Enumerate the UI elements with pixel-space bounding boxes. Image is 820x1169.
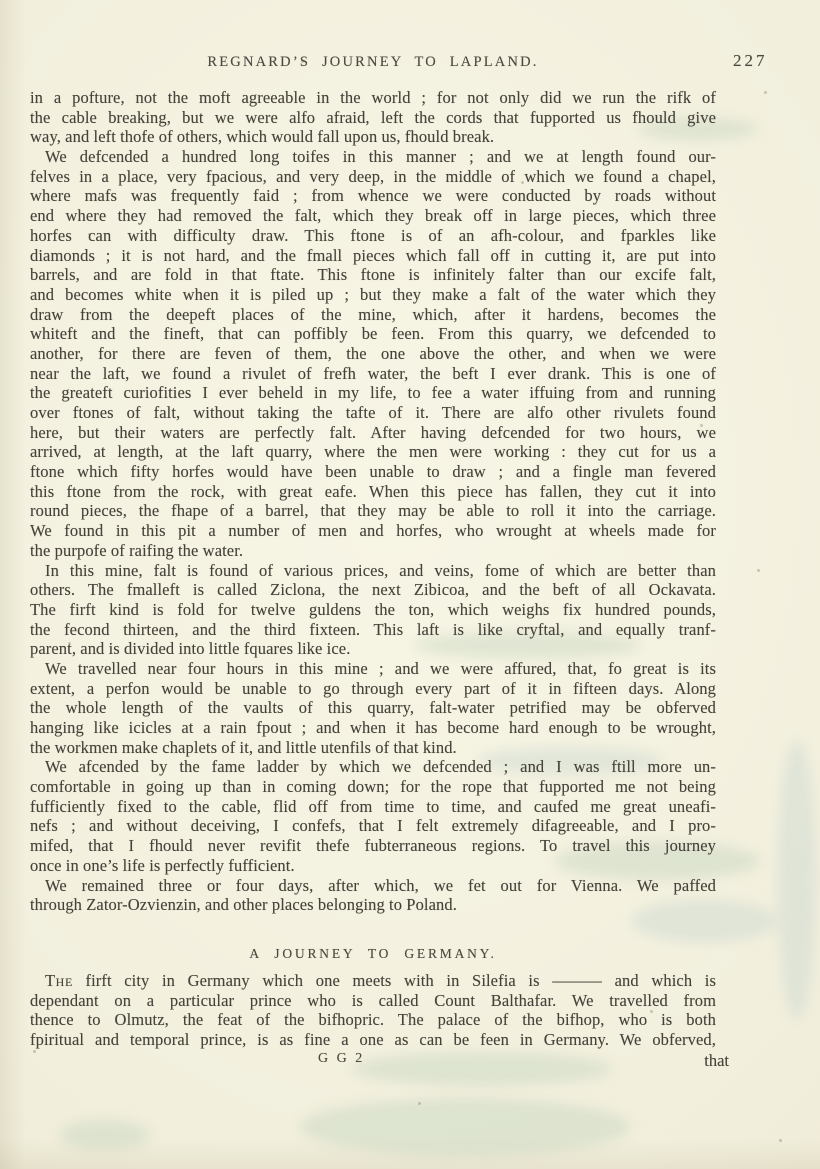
text-line: where mafs was frequently faid ; from wh… [30,186,716,206]
text-line: others. The fmalleft is called Ziclona, … [30,580,716,600]
speck [418,1102,421,1105]
text-line: parent, and is divided into little fquar… [30,639,716,659]
text-line: whiteft and the fineft, that can poffibl… [30,324,716,344]
text-line: round pieces, the fhape of a barrel, tha… [30,501,716,521]
speck [757,569,760,572]
text-line: the whole length of the vaults of this q… [30,698,716,718]
text-line: here, but their waters are perfectly fal… [30,423,716,443]
text-line: felves in a place, very fpacious, and ve… [30,167,716,187]
paragraph: We travelled near four hours in this min… [30,659,716,757]
text-line: this ftone from the rock, with great eaf… [30,482,716,502]
text-line: In this mine, falt is found of various p… [30,561,716,581]
text-line: We remained three or four days, after wh… [30,876,716,896]
paragraph: We afcended by the fame ladder by which … [30,757,716,875]
text-line: We defcended a hundred long toifes in th… [30,147,716,167]
text-line: ftone which fifty horfes would have been… [30,462,716,482]
smallcaps-lead: The [45,971,73,990]
text-line: draw from the deepeft places of the mine… [30,305,716,325]
text-line: way, and left thofe of others, which wou… [30,127,716,147]
text-line: once in one’s life is perfectly fufficie… [30,856,716,876]
text-line: hanging like icicles at a rain fpout ; a… [30,718,716,738]
text-line: arrived, at length, at the laft quarry, … [30,442,716,462]
speck [764,91,767,94]
footer-row: G G 2 that [30,1051,716,1073]
text-line: through Zator-Ozvienzin, and other place… [30,895,716,915]
text-line: nefs ; and without deceiving, I confefs,… [30,816,716,836]
section-heading: A JOURNEY TO GERMANY. [30,946,716,962]
text-line: the greateft curiofities I ever beheld i… [30,383,716,403]
text-line: the workmen make chaplets of it, and lit… [30,738,716,758]
text-line: thence to Olmutz, the feat of the bifhop… [30,1010,716,1030]
paragraph: in a pofture, not the moft agreeable in … [30,88,716,147]
text-line: fufficiently fixed to the cable, flid of… [30,797,716,817]
text-line: near the laft, we found a rivulet of fre… [30,364,716,384]
page-number: 227 [733,51,768,71]
text-line: We travelled near four hours in this min… [30,659,716,679]
text-line: dependant on a particular prince who is … [30,991,716,1011]
paper-stain [778,740,816,1020]
text-line: diamonds ; it is not hard, and the fmall… [30,246,716,266]
text-line: the fecond thirteen, and the third fixte… [30,620,716,640]
text-line: comfortable in going up than in coming d… [30,777,716,797]
catchword: that [704,1051,729,1071]
text-line: end where they had removed the falt, whi… [30,206,716,226]
text-line: the purpofe of raifing the water. [30,541,716,561]
text-line: extent, a perfon would be unable to go t… [30,679,716,699]
text-line: the cable breaking, but we were alfo afr… [30,108,716,128]
paragraph: The firft city in Germany which one meet… [30,971,716,1050]
book-page: REGNARD’S JOURNEY TO LAPLAND. 227 in a p… [0,0,820,1169]
text-line: over ftones of falt, without taking the … [30,403,716,423]
text-line: another, for there are feven of them, th… [30,344,716,364]
running-header-title: REGNARD’S JOURNEY TO LAPLAND. [30,54,716,71]
text-line: barrels, and are fold in that ftate. Thi… [30,265,716,285]
text-line: The firft kind is fold for twelve gulden… [30,600,716,620]
page-edge-shadow [0,1139,820,1169]
signature-mark: G G 2 [318,1051,365,1067]
paragraph: We defcended a hundred long toifes in th… [30,147,716,560]
page-edge-shadow [0,0,26,1169]
text-line: The firft city in Germany which one meet… [30,971,716,991]
text-line: mifed, that I fhould never revifit thefe… [30,836,716,856]
body-text-block: in a pofture, not the moft agreeable in … [30,88,716,915]
paragraph: In this mine, falt is found of various p… [30,561,716,659]
text-line: and becomes white when it is piled up ; … [30,285,716,305]
section-text-block: The firft city in Germany which one meet… [30,971,716,1050]
text-line: fpiritual and temporal prince, is as fin… [30,1030,716,1050]
text-line: horfes can with difficulty draw. This ft… [30,226,716,246]
text-line: We afcended by the fame ladder by which … [30,757,716,777]
paragraph: We remained three or four days, after wh… [30,876,716,915]
text-line: in a pofture, not the moft agreeable in … [30,88,716,108]
text-line: We found in this pit a number of men and… [30,521,716,541]
